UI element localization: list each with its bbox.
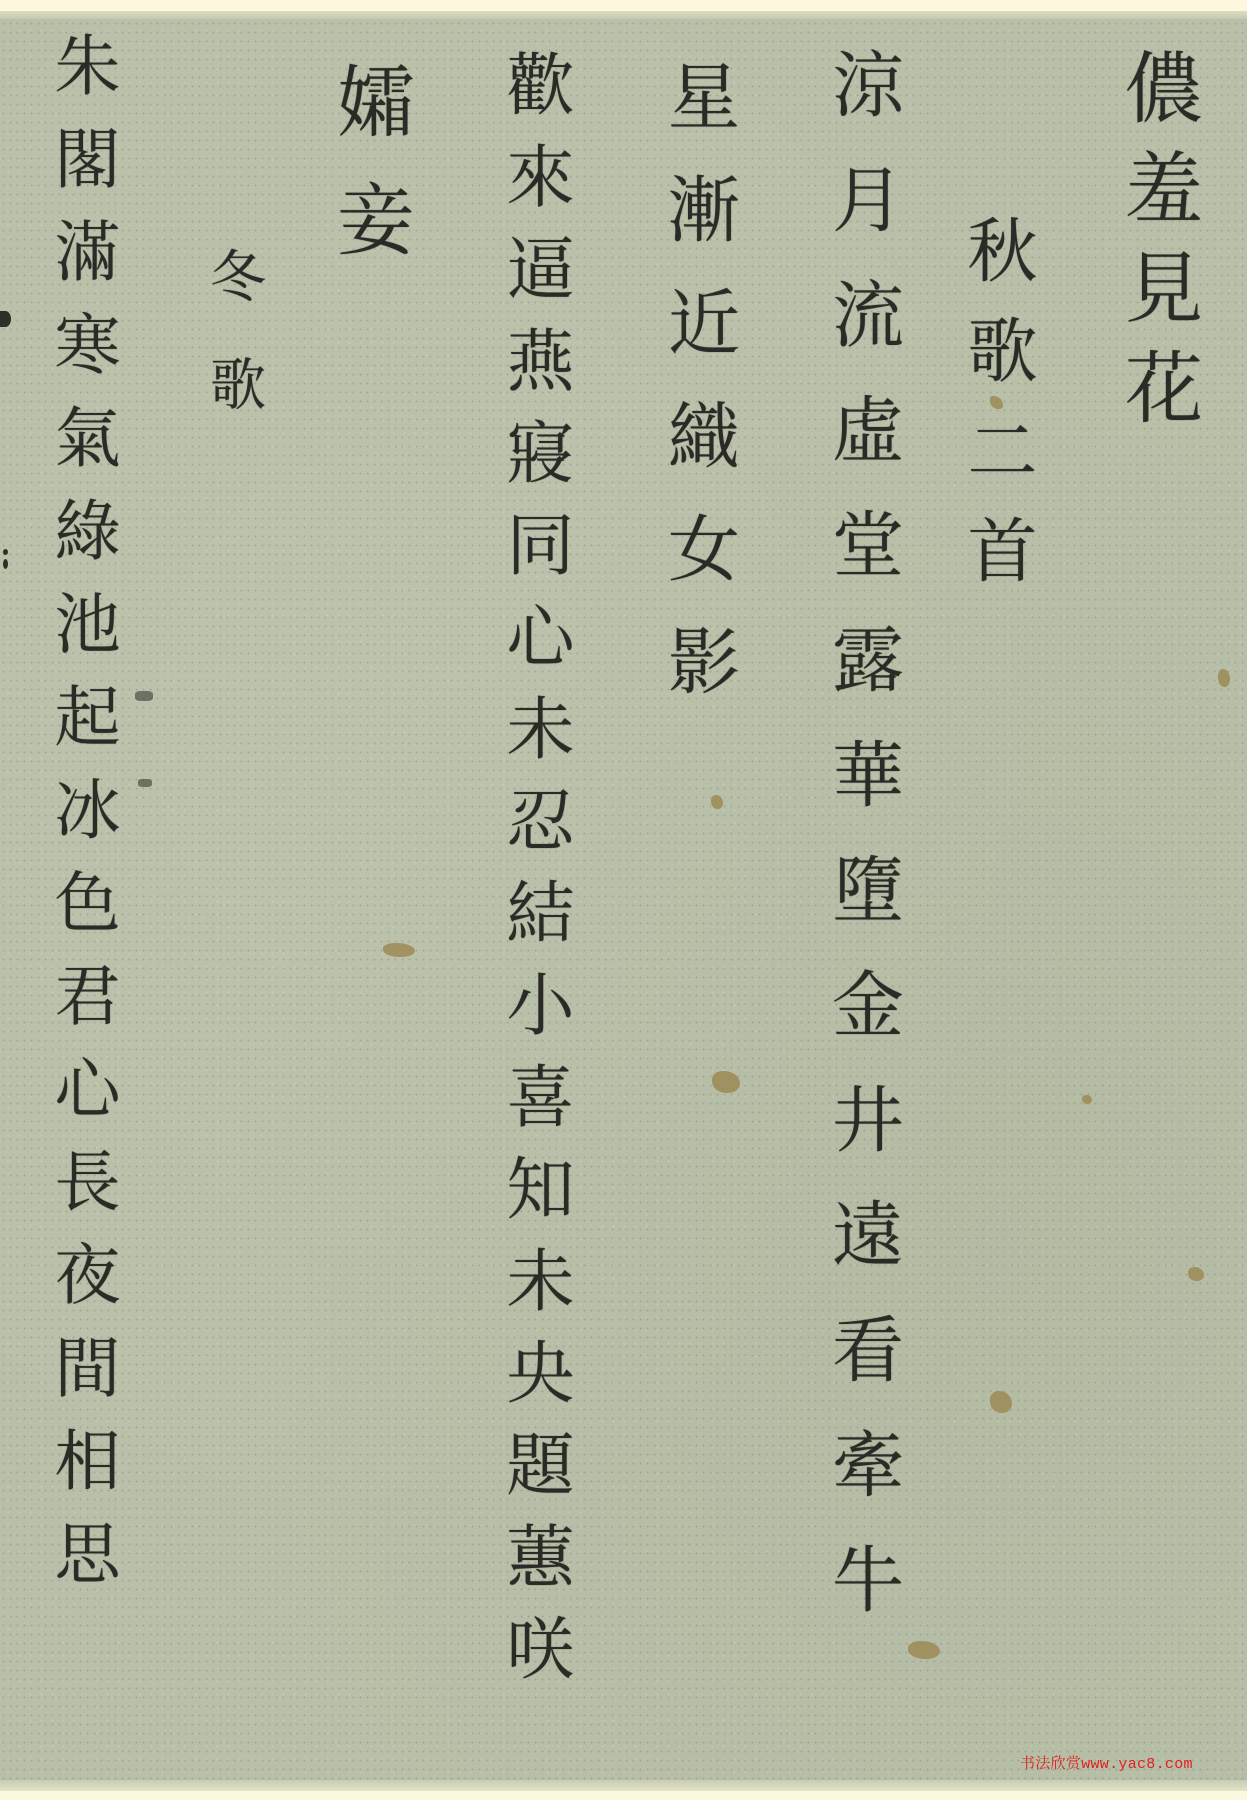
- calligraphy-column-5: 歡來逼燕寢同心未忍結小喜知未央題蕙咲: [500, 49, 568, 1705]
- paper-stain: [383, 943, 415, 957]
- edge-character-fragment: [3, 559, 8, 569]
- calligraphy-column-1: 儂羞見花: [1118, 47, 1196, 447]
- paper-stain: [1082, 1095, 1092, 1104]
- calligraphy-column-8: 朱閣滿寒氣綠池起冰色君心長夜間相思: [48, 31, 114, 1612]
- paper-stain: [1218, 669, 1230, 687]
- site-watermark: 书法欣赏www.yac8.com: [1020, 1752, 1193, 1773]
- edge-character-fragment: [0, 311, 11, 327]
- scroll-top-border: [0, 0, 1247, 11]
- calligraphy-column-2-title-autumn-song: 秋歌二首: [962, 214, 1032, 614]
- ink-smudge: [138, 779, 152, 787]
- calligraphy-column-4: 星漸近織女影: [662, 59, 734, 737]
- edge-character-fragment: [3, 549, 8, 555]
- calligraphy-column-3: 涼月流虛堂露華墮金井遠看牽牛: [826, 47, 898, 1657]
- paper-bottom-edge: [0, 1780, 1247, 1791]
- paper-stain: [711, 795, 723, 809]
- calligraphy-column-6: 孀妾: [330, 61, 408, 297]
- calligraphy-paper: 儂羞見花 秋歌二首 涼月流虛堂露華墮金井遠看牽牛 星漸近織女影 歡來逼燕寢同心未…: [0, 19, 1247, 1780]
- paper-stain: [1188, 1267, 1204, 1281]
- scroll-bottom-border: [0, 1791, 1247, 1800]
- ink-smudge: [135, 691, 153, 701]
- paper-stain: [990, 1391, 1012, 1413]
- paper-stain: [908, 1641, 940, 1659]
- paper-stain: [712, 1071, 740, 1093]
- calligraphy-column-7-title-winter-song: 冬歌: [205, 247, 261, 463]
- paper-top-edge: [0, 11, 1247, 19]
- paper-texture: [0, 19, 1247, 1780]
